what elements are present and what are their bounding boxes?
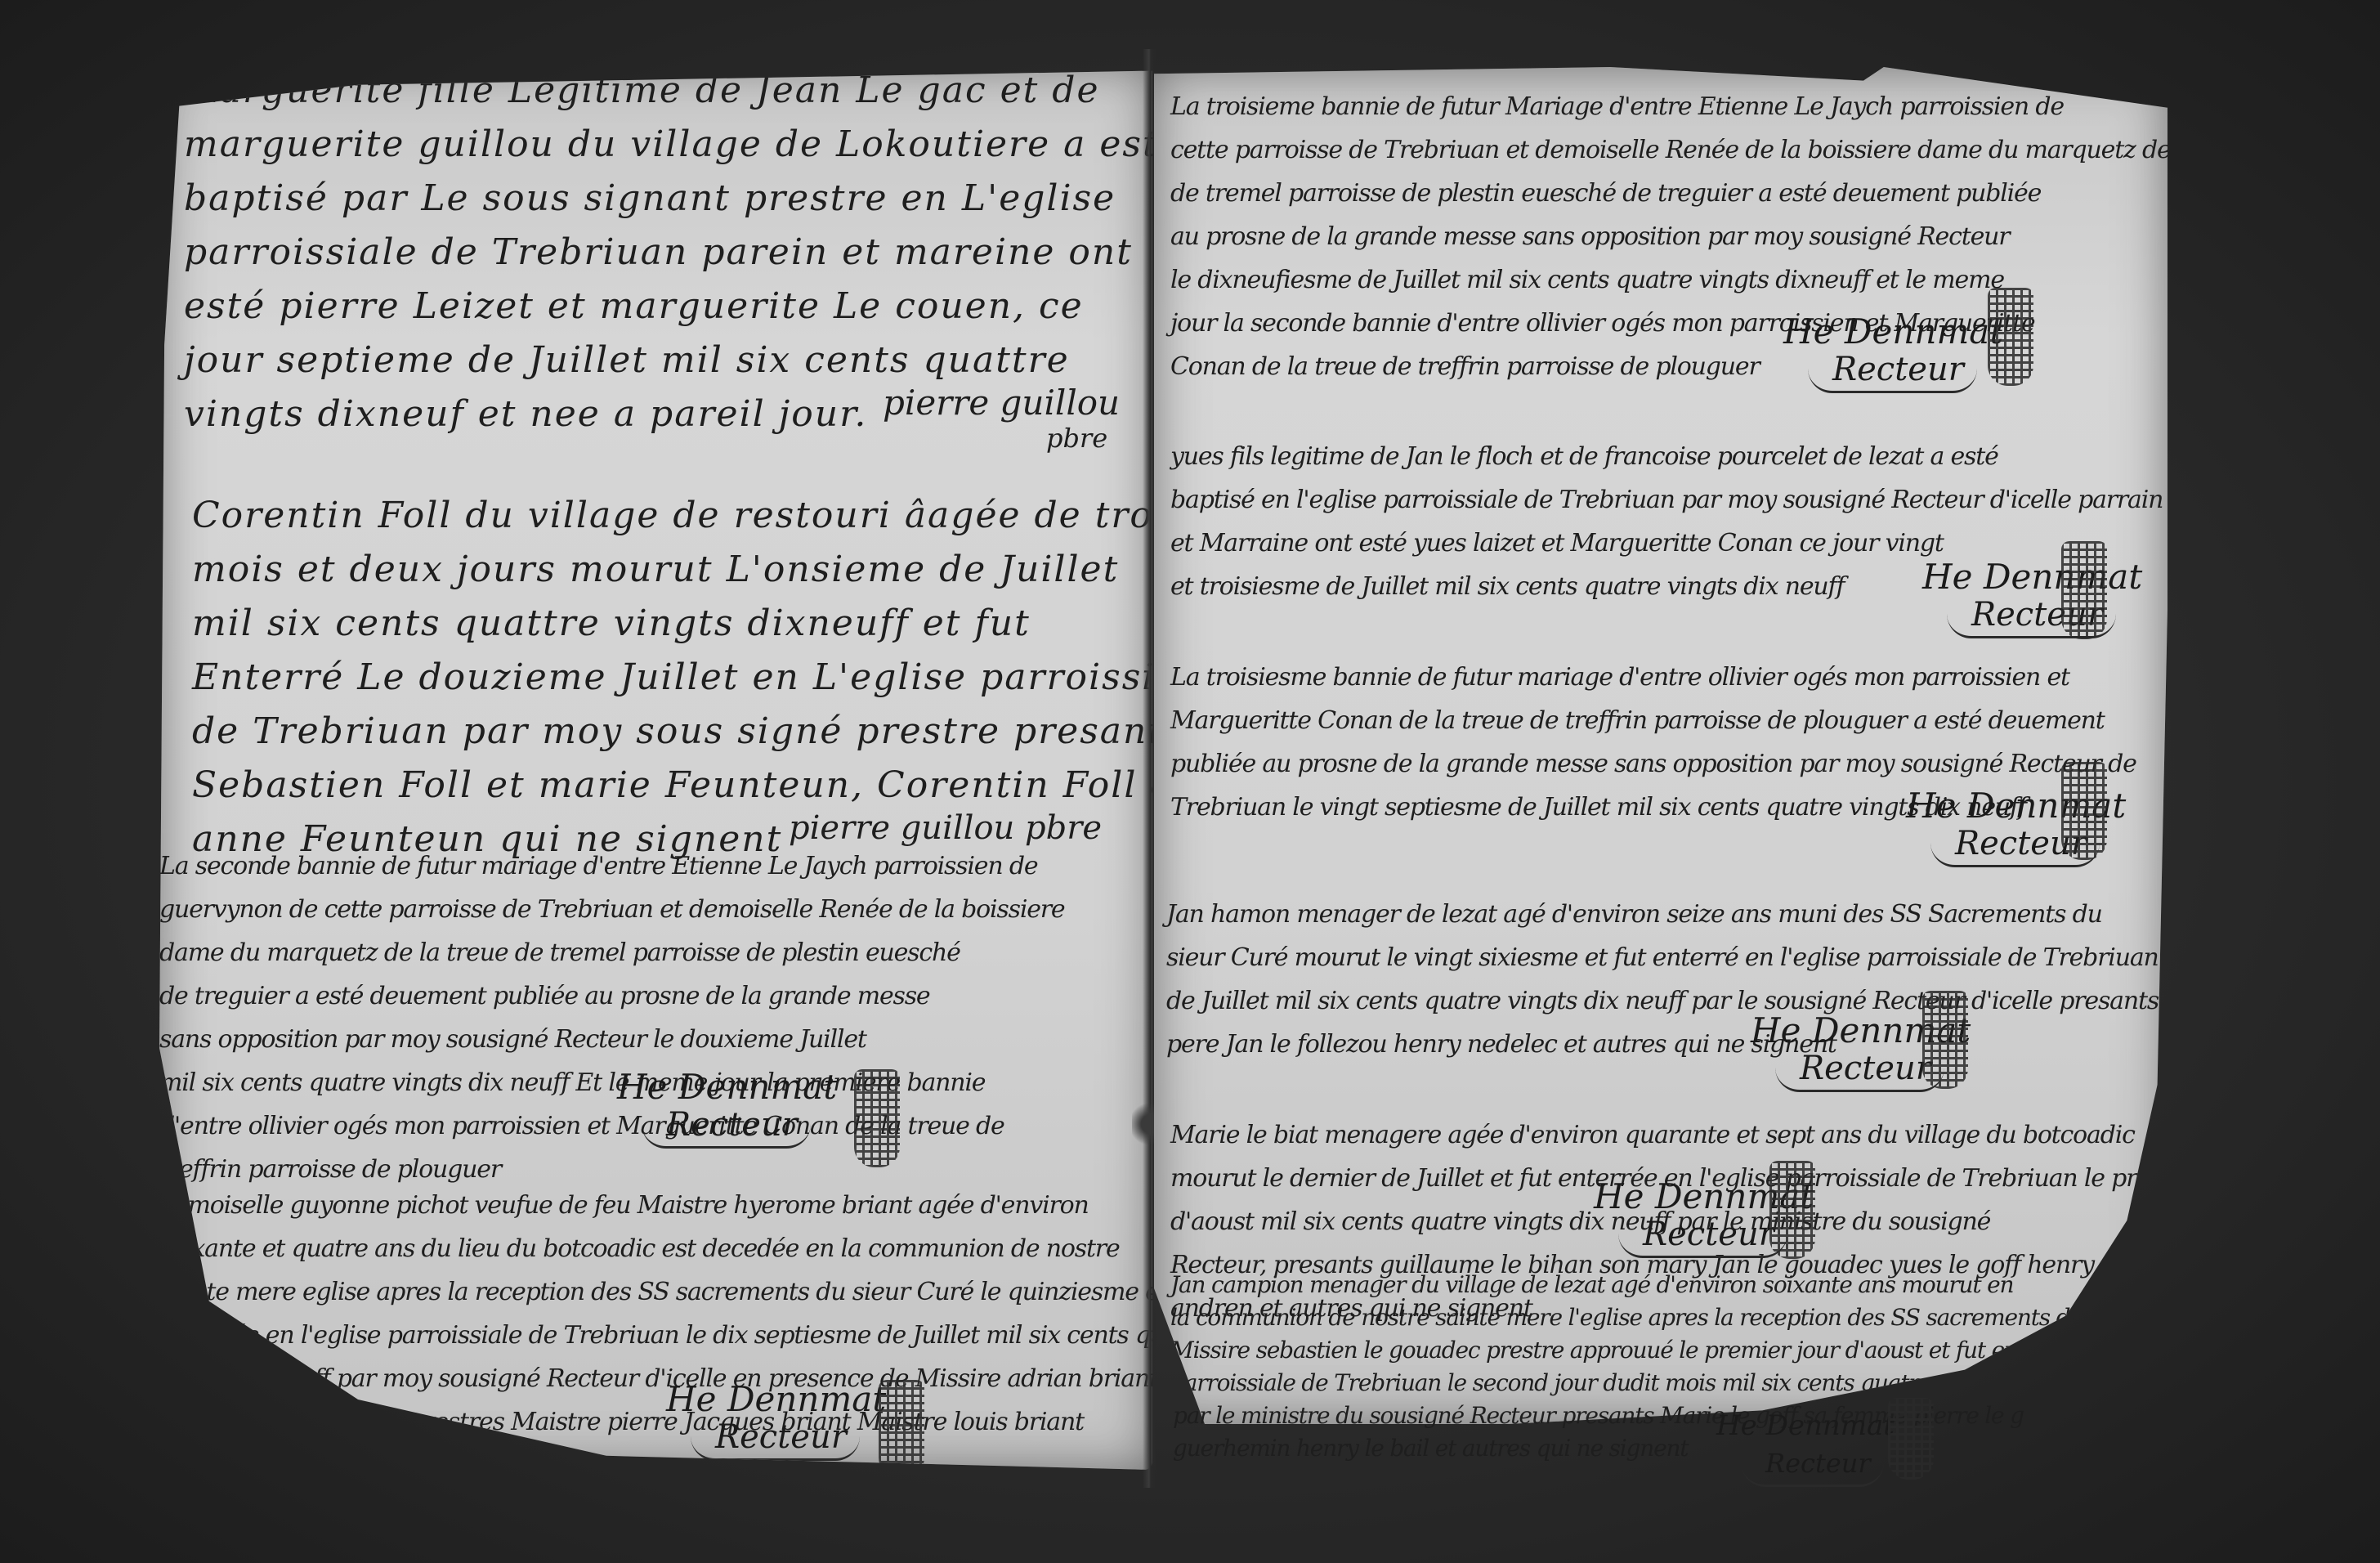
- entry-line: yues fils legitime de Jan le floch et de…: [1170, 435, 2163, 478]
- entry-line: sainte mere eglise apres la reception de…: [159, 1270, 1152, 1314]
- entry-line: de tremel parroisse de plestin euesché d…: [1170, 172, 2167, 215]
- signature-name: He Dennmat: [617, 1068, 837, 1107]
- signature-recteur-3: He Dennmat Recteur: [1783, 312, 2003, 393]
- signature-name: He Dennmat: [1783, 312, 2003, 352]
- paraph-flourish-icon: [1988, 288, 2033, 386]
- entry-line: Missire sebastien le gouadec prestre app…: [1170, 1334, 2167, 1367]
- signature-title: pbre: [1046, 423, 1120, 454]
- signature-title: Recteur: [1618, 1216, 1787, 1258]
- entry-line: marguerite guillou du village de Lokouti…: [184, 118, 1152, 172]
- entry-line: marguerite fille Légitime de Jean Le gac…: [184, 64, 1152, 118]
- signature-pierre-guillou-2: pierre guillou pbre: [789, 809, 1102, 847]
- entry-line: sans opposition par moy sousigné Recteur…: [159, 1018, 1064, 1061]
- entry-line: Jan hamon menager de lezat agé d'environ…: [1166, 893, 2167, 936]
- entry-line: soixante et quatre ans du lieu du botcoa…: [159, 1227, 1152, 1270]
- entry-line: demoiselle guyonne pichot veufue de feu …: [159, 1184, 1152, 1227]
- entry-line: baptisé par Le sous signant prestre en L…: [184, 172, 1152, 226]
- entry-line: de treguier a esté deuement publiée au p…: [159, 974, 1064, 1018]
- entry-line: Sebastien Foll et marie Feunteun, Corent…: [192, 759, 1152, 813]
- entry-line: esté pierre Leizet et marguerite Le coue…: [184, 280, 1152, 334]
- entry-line: de Juillet mil six cents quatre vingts d…: [1166, 979, 2167, 1023]
- entry-line: dame du marquetz de la treue de tremel p…: [159, 931, 1064, 974]
- entry-line: Corentin Foll du village de restouri âag…: [192, 489, 1152, 543]
- paraph-flourish-icon: [1922, 991, 1968, 1089]
- paraph-flourish-icon: [879, 1380, 924, 1470]
- entry-line: publiée au prosne de la grande messe san…: [1170, 742, 2136, 786]
- entry-line: mil six cents quatre vingts dix neuff Et…: [159, 1061, 1064, 1104]
- entry-line: et Jan baptiste briant prestres Maistre …: [159, 1400, 1152, 1444]
- paraph-flourish-icon: [2061, 541, 2107, 639]
- signature-title: Recteur: [691, 1419, 860, 1461]
- paraph-flourish-icon: [854, 1069, 900, 1167]
- signature-title: Recteur: [1808, 352, 1977, 393]
- signature-title: Recteur: [1775, 1050, 1944, 1092]
- entry-line: Marie le biat menagere agée d'environ qu…: [1170, 1113, 2167, 1157]
- entry-line: Jan campion menager du village de lezat …: [1170, 1269, 2167, 1301]
- signature-title: pbre: [1025, 809, 1102, 847]
- signature-name: pierre guillou: [883, 383, 1120, 423]
- entry-line: la communion de nostre sainte mere l'egl…: [1170, 1301, 2167, 1334]
- banns-entry-etienne-le-jaych: La seconde bannie de futur mariage d'ent…: [159, 844, 1064, 1191]
- entry-line: La troisiesme bannie de futur mariage d'…: [1170, 656, 2136, 699]
- signature-recteur-8: He Dennmat Recteur: [1716, 1406, 1895, 1487]
- entry-line: La troisieme bannie de futur Mariage d'e…: [1170, 85, 2167, 128]
- signature-name: pierre guillou: [789, 809, 1014, 847]
- entry-line: La seconde bannie de futur mariage d'ent…: [159, 844, 1064, 888]
- entry-line: parroissiale de Trebriuan le second jour…: [1170, 1367, 2167, 1400]
- register-scan: marguerite fille Légitime de Jean Le gac…: [0, 0, 2380, 1563]
- paraph-flourish-icon: [2061, 762, 2107, 860]
- entry-line: jour septieme de Juillet mil six cents q…: [184, 334, 1152, 387]
- entry-line: parroissiale de Trebriuan parein et mare…: [184, 226, 1152, 280]
- signature-recteur-1: He Dennmat Recteur: [617, 1068, 837, 1149]
- entry-line: ses fils et plusieurs autres parans et a…: [159, 1444, 1152, 1470]
- entry-line: pere Jan le follezou henry nedelec et au…: [1166, 1023, 2167, 1066]
- entry-line: sieur Curé mourut le vingt sixiesme et f…: [1166, 936, 2167, 979]
- entry-line: vingts dixneuff par moy sousigné Recteur…: [159, 1357, 1152, 1400]
- entry-line: baptisé en l'eglise parroissiale de Treb…: [1170, 478, 2163, 522]
- entry-line: au prosne de la grande messe sans opposi…: [1170, 215, 2167, 258]
- left-page: marguerite fille Légitime de Jean Le gac…: [159, 64, 1152, 1470]
- entry-line: cette parroisse de Trebriuan et demoisel…: [1170, 128, 2167, 172]
- burial-entry-guyonne-pichot: demoiselle guyonne pichot veufue de feu …: [159, 1184, 1152, 1470]
- signature-title: Recteur: [642, 1107, 811, 1149]
- signature-name: He Dennmat: [1922, 558, 2142, 597]
- burial-entry-jan-hamon: Jan hamon menager de lezat agé d'environ…: [1166, 893, 2167, 1066]
- entry-line: Enterré Le douzieme Juillet en L'eglise …: [192, 651, 1152, 705]
- burial-entry-jan-campion: Jan campion menager du village de lezat …: [1170, 1269, 2167, 1400]
- entry-line: de Trebriuan par moy sous signé prestre …: [192, 705, 1152, 759]
- entry-line: mois et deux jours mourut L'onsieme de J…: [192, 543, 1152, 597]
- signature-recteur-4: He Dennmat Recteur: [1922, 558, 2142, 638]
- paraph-flourish-icon: [1888, 1398, 1934, 1480]
- signature-pierre-guillou: pierre guillou pbre: [883, 383, 1120, 454]
- entry-line: Margueritte Conan de la treue de treffri…: [1170, 699, 2136, 742]
- signature-title: Recteur: [1741, 1445, 1884, 1487]
- entry-line: guervynon de cette parroisse de Trebriua…: [159, 888, 1064, 931]
- signature-name: He Dennmat: [1716, 1406, 1895, 1445]
- entry-line: enterrée en l'eglise parroissiale de Tre…: [159, 1314, 1152, 1357]
- signature-recteur-2: He Dennmat Recteur: [666, 1380, 886, 1461]
- paraph-flourish-icon: [1769, 1161, 1815, 1259]
- signature-name: He Dennmat: [666, 1380, 886, 1419]
- entry-line: mil six cents quattre vingts dixneuff et…: [192, 597, 1152, 651]
- entry-line: d'entre ollivier ogés mon parroissien et…: [159, 1104, 1064, 1148]
